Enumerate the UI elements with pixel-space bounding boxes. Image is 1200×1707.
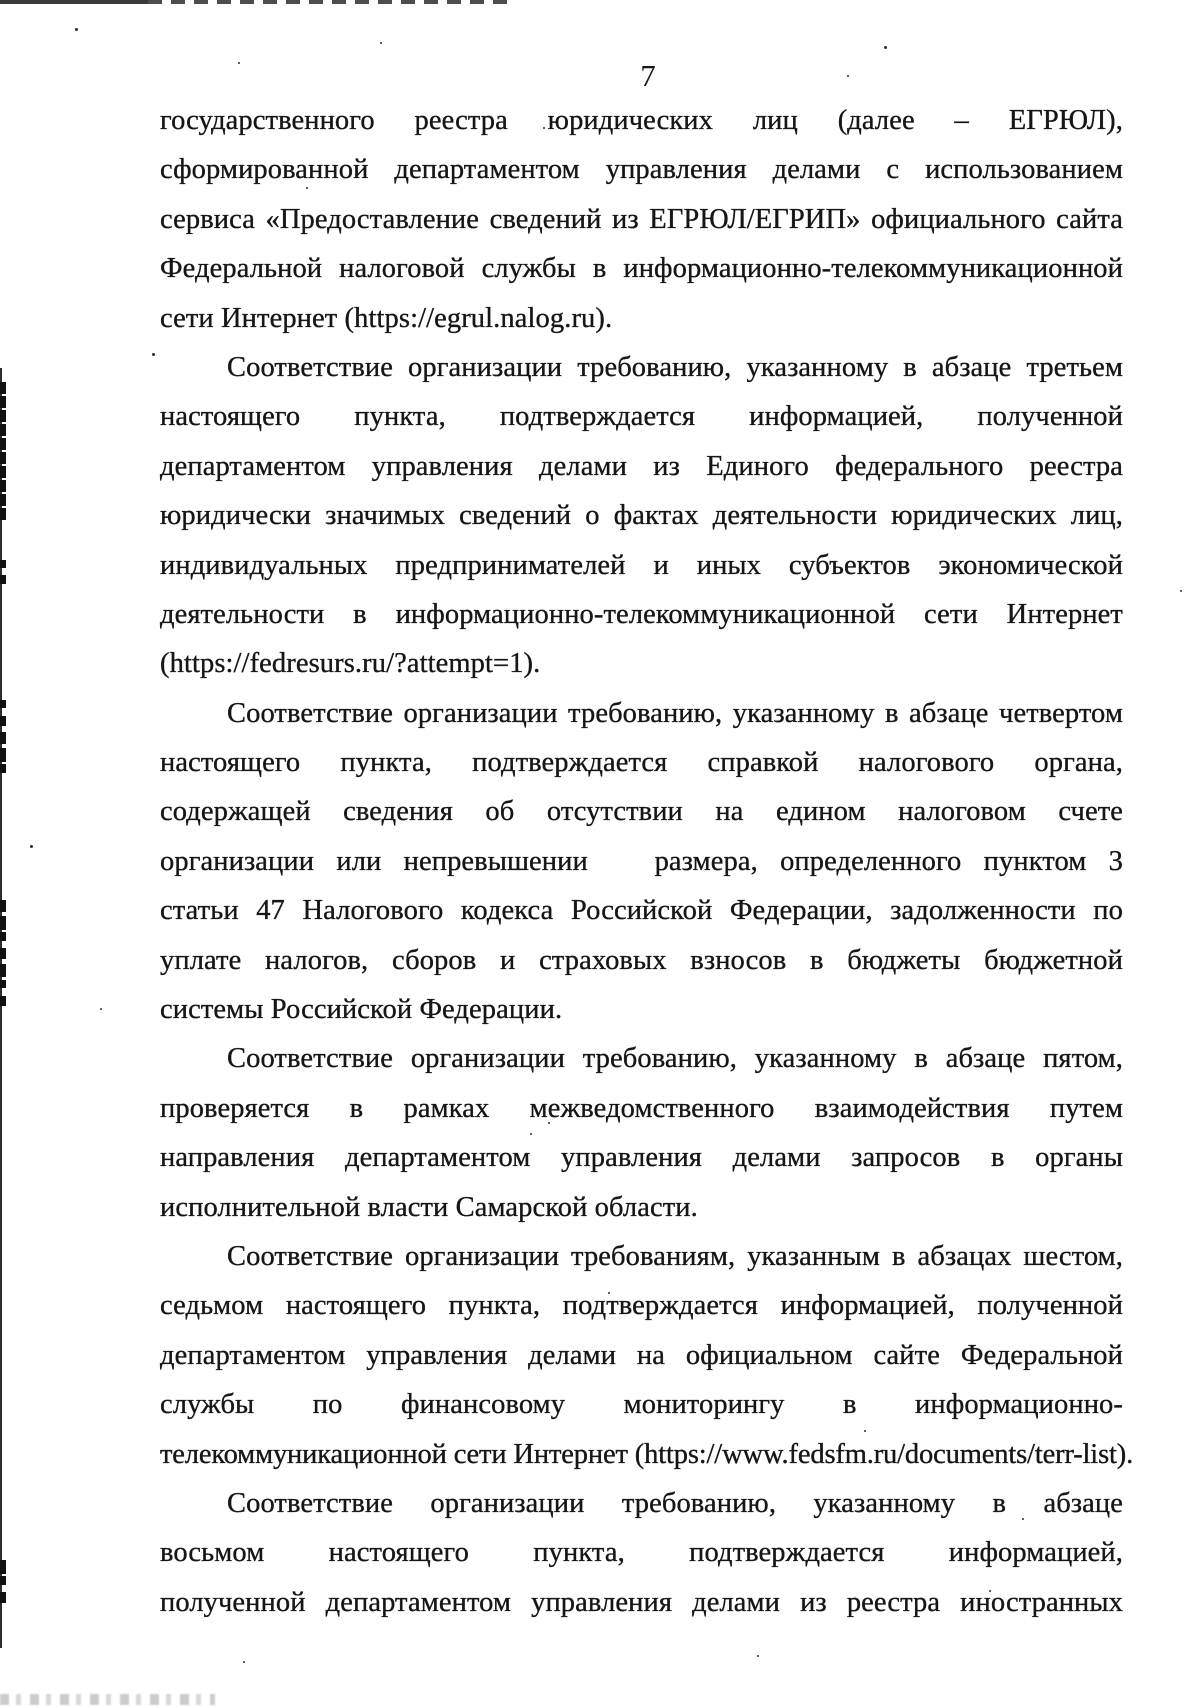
scan-dash-mark	[0, 948, 6, 959]
scan-dash-mark	[0, 560, 6, 568]
text-line: седьмом настоящего пункта, подтверждаетс…	[160, 1281, 1123, 1330]
text-line: индивидуальных предпринимателей и иных с…	[160, 541, 1123, 590]
scan-noise-dot	[100, 1008, 102, 1010]
scan-noise-dot	[30, 845, 33, 848]
scan-artifact-bottom-smudge	[0, 1694, 215, 1705]
text-line: проверяется в рамках межведомственного в…	[160, 1084, 1123, 1133]
scan-dash-mark	[0, 480, 6, 492]
scan-dash-mark	[0, 716, 6, 726]
text-line: государственного реестра юридических лиц…	[160, 96, 1123, 145]
scan-dash-mark	[0, 1592, 6, 1603]
paragraph: Соответствие организации требованию, ука…	[160, 343, 1123, 689]
text-line: статьи 47 Налогового кодекса Российской …	[160, 886, 1123, 935]
scan-dash-mark	[0, 980, 6, 988]
paragraph: Соответствие организации требованиям, ук…	[160, 1232, 1123, 1479]
scan-noise-dot	[884, 46, 887, 49]
scan-dash-mark	[0, 996, 6, 1006]
scan-dash-mark	[0, 732, 6, 744]
text-line: восьмом настоящего пункта, подтверждаетс…	[160, 1528, 1123, 1577]
scan-dash-mark	[0, 410, 6, 422]
text-line: сети Интернет (https://egrul.nalog.ru).	[160, 294, 1123, 343]
text-line: уплате налогов, сборов и страховых взнос…	[160, 936, 1123, 985]
scan-artifact-top-strip-dashed	[148, 0, 508, 4]
text-line: департаментом управления делами на офици…	[160, 1331, 1123, 1380]
scan-dash-mark	[0, 964, 6, 977]
scan-dash-mark	[0, 466, 6, 478]
text-line: Соответствие организации требованию, ука…	[160, 1479, 1123, 1528]
text-block: государственного реестра юридических лиц…	[160, 96, 1123, 1627]
scan-noise-dot	[152, 353, 155, 356]
scan-noise-dot	[757, 1655, 759, 1657]
scan-noise-dot	[847, 75, 849, 77]
text-line: департаментом управления делами из Едино…	[160, 442, 1123, 491]
text-line: направления департаментом управления дел…	[160, 1133, 1123, 1182]
scan-dash-mark	[0, 382, 6, 394]
scanned-document-page: 7 государственного реестра юридических л…	[0, 0, 1200, 1707]
text-line: Соответствие организации требованию, ука…	[160, 689, 1123, 738]
paragraph: Соответствие организации требованию, ука…	[160, 1034, 1123, 1232]
paragraph: государственного реестра юридических лиц…	[160, 96, 1123, 343]
scan-artifact-top-strip	[0, 0, 148, 4]
scan-noise-dot	[1180, 590, 1182, 592]
scan-dash-mark	[0, 700, 6, 708]
paragraph: Соответствие организации требованию, ука…	[160, 689, 1123, 1035]
scan-noise-dot	[380, 42, 382, 44]
scan-noise-dot	[238, 62, 240, 64]
scan-dash-mark	[0, 748, 6, 762]
text-line: юридически значимых сведений о фактах де…	[160, 491, 1123, 540]
scan-dash-mark	[0, 932, 6, 941]
scan-noise-dot	[243, 1661, 245, 1663]
text-line: деятельности в информационно-телекоммуни…	[160, 590, 1123, 639]
scan-dash-mark	[0, 1576, 6, 1585]
scan-dash-mark	[0, 575, 6, 584]
scan-dash-mark	[0, 452, 6, 464]
scan-dash-mark	[0, 1560, 6, 1574]
text-line: системы Российской Федерации.	[160, 985, 1123, 1034]
scan-dash-mark	[0, 900, 6, 912]
text-line: содержащей сведения об отсутствии на еди…	[160, 787, 1123, 836]
scan-dash-mark	[0, 764, 6, 773]
scan-dash-mark	[0, 396, 6, 408]
text-line: настоящего пункта, подтверждается информ…	[160, 392, 1123, 441]
scan-dash-mark	[0, 916, 6, 930]
text-line: Федеральной налоговой службы в информаци…	[160, 244, 1123, 293]
text-line: организации или непревышении размера, оп…	[160, 837, 1123, 886]
scan-dash-mark	[0, 438, 6, 450]
scan-dash-mark	[0, 508, 6, 520]
text-line: Соответствие организации требованию, ука…	[160, 1034, 1123, 1083]
text-line: сформированной департаментом управления …	[160, 145, 1123, 194]
scan-noise-dot	[75, 28, 78, 31]
scan-dash-mark	[0, 424, 6, 436]
text-line: службы по финансовому мониторингу в инфо…	[160, 1380, 1123, 1429]
text-line: (https://fedresurs.ru/?attempt=1).	[160, 639, 1123, 688]
text-line: сервиса «Предоставление сведений из ЕГРЮ…	[160, 195, 1123, 244]
paragraph: Соответствие организации требованию, ука…	[160, 1479, 1123, 1627]
text-line: телекоммуникационной сети Интернет (http…	[160, 1430, 1123, 1479]
scan-dash-mark	[0, 494, 6, 506]
text-line: исполнительной власти Самарской области.	[160, 1183, 1123, 1232]
text-line: Соответствие организации требованиям, ук…	[160, 1232, 1123, 1281]
text-line: настоящего пункта, подтверждается справк…	[160, 738, 1123, 787]
page-number: 7	[628, 58, 668, 94]
text-line: Соответствие организации требованию, ука…	[160, 343, 1123, 392]
text-line: полученной департаментом управления дела…	[160, 1578, 1123, 1627]
